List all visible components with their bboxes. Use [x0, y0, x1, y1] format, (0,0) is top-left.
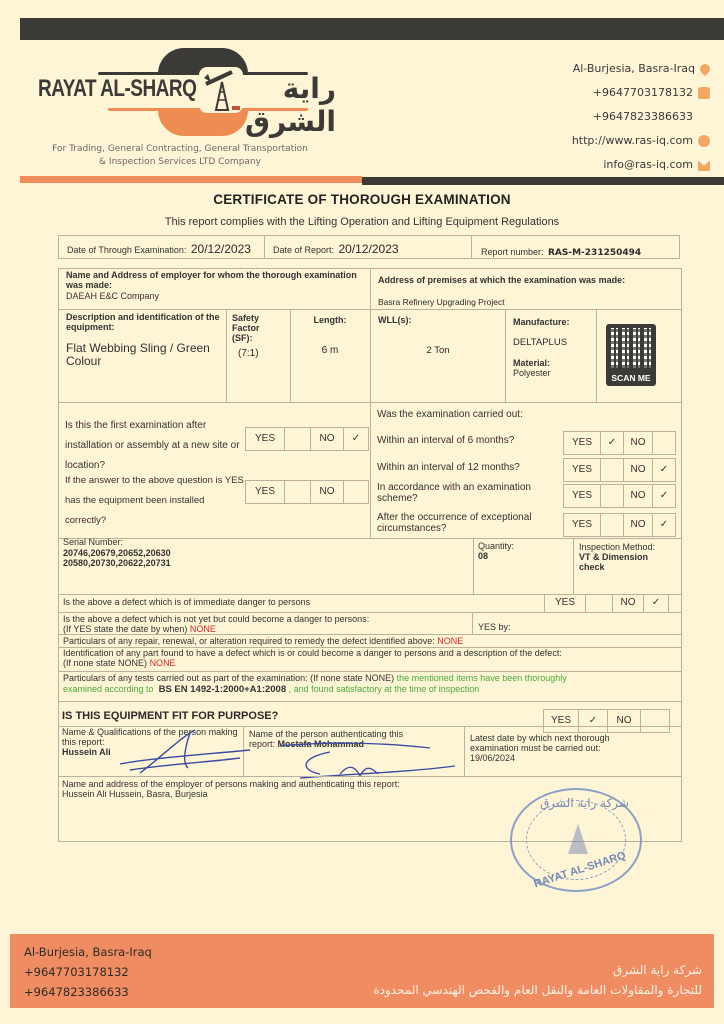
- identification-row: Identification of any part found to have…: [63, 648, 562, 668]
- immediate-no-check[interactable]: ✓: [643, 595, 669, 613]
- v-line: [573, 538, 574, 594]
- exam-date-value: 20/12/2023: [191, 242, 251, 256]
- qr-code[interactable]: SCAN ME: [606, 324, 656, 386]
- future-danger-sub: (If YES state the date by when): [63, 624, 187, 634]
- manufacture-label: Manufacture:: [513, 317, 593, 327]
- fit-no-check[interactable]: [640, 709, 670, 733]
- company-tagline: For Trading, General Contracting, Genera…: [30, 143, 330, 169]
- serial-line-2: 20580,20730,20622,20731: [63, 558, 363, 568]
- email-link[interactable]: info@ras-iq.com: [603, 153, 693, 177]
- wll-cell: WLL(s): 2 Ton: [378, 315, 498, 356]
- mail-icon: [698, 159, 710, 171]
- contact-website: http://www.ras-iq.com: [572, 129, 710, 153]
- website-link[interactable]: http://www.ras-iq.com: [572, 129, 693, 153]
- company-logo: RAYAT AL-SHARQ راية الشرق: [38, 44, 338, 139]
- globe-icon: [698, 135, 710, 147]
- exceptional-circumstances-yes-no: YES NO ✓: [564, 513, 676, 537]
- interval-6-no[interactable]: NO: [623, 431, 653, 455]
- material-label: Material:: [513, 358, 593, 368]
- wll-value: 2 Ton: [378, 345, 498, 356]
- divider-orange: [20, 176, 362, 183]
- h-line: [58, 776, 682, 777]
- footer-address: Al-Burjesia, Basra-Iraq: [24, 942, 152, 962]
- v-line: [596, 309, 597, 402]
- immediate-no[interactable]: NO: [612, 595, 644, 613]
- quantity-cell: Quantity: 08: [478, 541, 558, 561]
- footer-arabic: شركة راية الشرق للتجارة والمقاولات العام…: [373, 960, 702, 1000]
- interval-6-yes[interactable]: YES: [563, 431, 601, 455]
- dates-row: Date of Through Examination: 20/12/2023 …: [58, 235, 680, 259]
- premises-value: Basra Refinery Upgrading Project: [378, 297, 678, 307]
- report-number-label: Report number:: [481, 247, 544, 257]
- company-name-ar: راية الشرق: [226, 72, 336, 138]
- contact-phone-2: +9647823386633: [572, 105, 710, 129]
- v-line: [226, 309, 227, 402]
- company-stamp: شركة راية الشرق RAYAT AL-SHARQ: [510, 788, 642, 892]
- future-danger-value: NONE: [190, 624, 216, 634]
- exam-scheme-question: In accordance with an examination scheme…: [377, 482, 557, 504]
- tests-value-1: the mentioned items have been thoroughly: [397, 673, 567, 683]
- installed-correctly-no[interactable]: NO: [310, 480, 344, 504]
- immediate-danger-yes-no: YES NO ✓: [545, 595, 669, 613]
- yes-by-label: YES by:: [478, 622, 511, 632]
- tests-value-2: examined according to: [63, 684, 154, 694]
- v-line: [370, 268, 371, 402]
- report-date-value: 20/12/2023: [338, 242, 398, 256]
- header-contacts: Al-Burjesia, Basra-Iraq +9647703178132 +…: [572, 57, 710, 177]
- first-exam-no-check[interactable]: ✓: [343, 427, 369, 451]
- installed-correctly-question: If the answer to the above question is Y…: [65, 471, 245, 531]
- exceptional-yes[interactable]: YES: [563, 513, 601, 537]
- identification-label: Identification of any part found to have…: [63, 648, 562, 658]
- quantity-label: Quantity:: [478, 541, 558, 551]
- fit-no[interactable]: NO: [607, 709, 641, 733]
- employer-of-persons-value: Hussein Ali Hussein, Basra, Burjesia: [62, 789, 400, 799]
- report-number-cell: Report number: RAS-M-231250494: [479, 236, 679, 258]
- installed-correctly-yes-no: YES NO: [246, 480, 369, 504]
- repair-label: Particulars of any repair, renewal, or a…: [63, 636, 435, 646]
- serial-label: Serial Number:: [63, 537, 363, 547]
- exam-scheme-yes-no: YES NO ✓: [564, 484, 676, 508]
- next-exam-label: Latest date by which next thorough exami…: [470, 733, 650, 753]
- footer-arabic-line-1: شركة راية الشرق: [373, 960, 702, 980]
- location-pin-icon: [698, 62, 712, 76]
- stamp-arabic-text: شركة راية الشرق: [540, 796, 629, 810]
- fit-for-purpose-question: IS THIS EQUIPMENT FIT FOR PURPOSE?: [62, 710, 278, 722]
- inspection-method-cell: Inspection Method: VT & Dimension check: [579, 542, 675, 572]
- premises-label: Address of premises at which the examina…: [378, 275, 678, 285]
- wll-label: WLL(s):: [378, 315, 498, 325]
- exam-date-label: Date of Through Examination:: [67, 245, 186, 255]
- description-label: Description and identification of the eq…: [66, 312, 226, 332]
- immediate-yes[interactable]: YES: [544, 595, 586, 613]
- tests-label: Particulars of any tests carried out as …: [63, 673, 394, 683]
- exceptional-no-check[interactable]: ✓: [652, 513, 676, 537]
- safety-factor-label: Safety Factor (SF):: [232, 313, 282, 343]
- identification-sub: (If none state NONE): [63, 658, 147, 668]
- stamp-tower-icon: [568, 824, 588, 854]
- maker-signature: [90, 728, 260, 778]
- exceptional-circumstances-question: After the occurrence of exceptional circ…: [377, 512, 557, 534]
- first-exam-yes-no: YES NO ✓: [246, 427, 369, 451]
- certificate-page: RAYAT AL-SHARQ راية الشرق For Trading, G…: [0, 0, 724, 1024]
- exceptional-no[interactable]: NO: [623, 513, 653, 537]
- length-cell: Length: 6 m: [290, 315, 370, 356]
- header-divider: [20, 176, 724, 183]
- interval-12-months-yes-no: YES NO ✓: [564, 458, 676, 482]
- next-exam-cell: Latest date by which next thorough exami…: [470, 733, 650, 763]
- installed-correctly-no-check[interactable]: [343, 480, 369, 504]
- contact-phone-1: +9647703178132: [572, 81, 710, 105]
- report-number-value: RAS-M-231250494: [548, 248, 641, 258]
- description-cell: Description and identification of the eq…: [66, 312, 226, 368]
- material-value: Polyester: [513, 368, 593, 378]
- contact-phone-1-text: +9647703178132: [593, 81, 693, 105]
- next-exam-date: 19/06/2024: [470, 753, 650, 763]
- contact-phone-2-text: +9647823386633: [593, 105, 693, 129]
- immediate-yes-check[interactable]: [585, 595, 613, 613]
- footer-band: Al-Burjesia, Basra-Iraq +9647703178132 +…: [10, 934, 714, 1008]
- report-date-label: Date of Report:: [273, 245, 334, 255]
- tests-row: Particulars of any tests carried out as …: [63, 673, 675, 695]
- tagline-line-2: & Inspection Services LTD Company: [30, 156, 330, 169]
- interval-6-yes-check[interactable]: ✓: [600, 431, 624, 455]
- h-line: [58, 309, 682, 310]
- certificate-title: CERTIFICATE OF THOROUGH EXAMINATION: [0, 192, 724, 207]
- qr-code-pattern: [611, 328, 651, 368]
- repair-value: NONE: [437, 636, 463, 646]
- serial-line-1: 20746,20679,20652,20630: [63, 548, 363, 558]
- h-line: [58, 634, 682, 635]
- exam-scheme-no[interactable]: NO: [623, 484, 653, 508]
- interval-12-yes-check[interactable]: [600, 458, 624, 482]
- employer-of-persons-cell: Name and address of the employer of pers…: [62, 779, 400, 799]
- future-danger-label: Is the above a defect which is not yet b…: [63, 614, 369, 624]
- interval-12-no[interactable]: NO: [623, 458, 653, 482]
- exam-scheme-yes[interactable]: YES: [563, 484, 601, 508]
- contact-address-text: Al-Burjesia, Basra-Iraq: [573, 57, 695, 81]
- exceptional-yes-check[interactable]: [600, 513, 624, 537]
- h-line: [58, 671, 682, 672]
- manufacture-value: DELTAPLUS: [513, 337, 593, 348]
- v-line: [505, 309, 506, 402]
- contact-email: info@ras-iq.com: [572, 153, 710, 177]
- fit-yes[interactable]: YES: [543, 709, 579, 733]
- tagline-line-1: For Trading, General Contracting, Genera…: [30, 143, 330, 156]
- header-top-bar: [20, 18, 724, 40]
- spacer: [698, 111, 710, 123]
- repair-row: Particulars of any repair, renewal, or a…: [63, 636, 463, 646]
- phone-icon: [698, 87, 710, 99]
- v-line: [464, 726, 465, 776]
- fit-yes-check[interactable]: ✓: [578, 709, 608, 733]
- first-exam-no[interactable]: NO: [310, 427, 344, 451]
- first-exam-question: Is this the first examination after inst…: [65, 416, 245, 476]
- v-line: [370, 402, 371, 538]
- exam-scheme-yes-check[interactable]: [600, 484, 624, 508]
- installed-correctly-yes[interactable]: YES: [245, 480, 285, 504]
- serial-cell: Serial Number: 20746,20679,20652,20630 2…: [63, 537, 363, 568]
- v-line: [472, 612, 473, 634]
- length-value: 6 m: [290, 345, 370, 356]
- first-exam-yes[interactable]: YES: [245, 427, 285, 451]
- premises-cell: Address of premises at which the examina…: [378, 275, 678, 307]
- carried-out-label: Was the examination carried out:: [377, 405, 523, 425]
- footer-phone-1: +9647703178132: [24, 962, 152, 982]
- inspection-method-value: VT & Dimension check: [579, 552, 659, 572]
- employer-of-persons-label: Name and address of the employer of pers…: [62, 779, 400, 789]
- employer-value: DAEAH E&C Company: [66, 291, 366, 301]
- exam-scheme-no-check[interactable]: ✓: [652, 484, 676, 508]
- contact-address: Al-Burjesia, Basra-Iraq: [572, 57, 710, 81]
- fit-for-purpose-yes-no: YES ✓ NO: [544, 709, 670, 733]
- footer-contacts: Al-Burjesia, Basra-Iraq +9647703178132 +…: [24, 942, 152, 1002]
- company-name-en: RAYAT AL-SHARQ: [38, 76, 196, 104]
- certificate-subtitle: This report complies with the Lifting Op…: [0, 216, 724, 228]
- tests-standard: BS EN 1492-1:2000+A1:2008: [159, 684, 287, 695]
- installed-correctly-yes-check[interactable]: [284, 480, 311, 504]
- exam-date-cell: Date of Through Examination: 20/12/2023: [59, 236, 265, 258]
- footer-arabic-line-2: للتجارة والمقاولات العامة والنقل العام و…: [373, 980, 702, 1000]
- identification-value: NONE: [150, 658, 176, 668]
- report-date-cell: Date of Report: 20/12/2023: [265, 236, 472, 258]
- interval-6-months-question: Within an interval of 6 months?: [377, 431, 514, 451]
- scan-me-label: SCAN ME: [606, 373, 656, 383]
- interval-12-months-question: Within an interval of 12 months?: [377, 458, 520, 478]
- v-line: [473, 538, 474, 594]
- h-line: [58, 612, 682, 613]
- employer-label: Name and Address of employer for whom th…: [66, 270, 366, 290]
- safety-factor-value: (7:1): [232, 349, 282, 359]
- first-exam-yes-check[interactable]: [284, 427, 311, 451]
- h-line: [58, 701, 682, 702]
- manufacture-cell: Manufacture: DELTAPLUS Material: Polyest…: [513, 317, 593, 378]
- tests-value-3: , and found satisfactory at the time of …: [289, 684, 480, 694]
- footer-phone-2: +9647823386633: [24, 982, 152, 1002]
- interval-6-no-check[interactable]: [652, 431, 676, 455]
- interval-6-months-yes-no: YES ✓ NO: [564, 431, 676, 455]
- interval-12-yes[interactable]: YES: [563, 458, 601, 482]
- quantity-value: 08: [478, 551, 558, 561]
- interval-12-no-check[interactable]: ✓: [652, 458, 676, 482]
- inspection-method-label: Inspection Method:: [579, 542, 675, 552]
- description-value: Flat Webbing Sling / Green Colour: [66, 342, 226, 368]
- future-danger-cell: Is the above a defect which is not yet b…: [63, 614, 369, 634]
- length-label: Length:: [290, 315, 370, 325]
- safety-factor-cell: Safety Factor (SF): (7:1): [232, 313, 282, 359]
- divider-dark: [362, 177, 724, 185]
- employer-cell: Name and Address of employer for whom th…: [66, 270, 366, 301]
- immediate-danger-label: Is the above a defect which is of immedi…: [63, 597, 310, 607]
